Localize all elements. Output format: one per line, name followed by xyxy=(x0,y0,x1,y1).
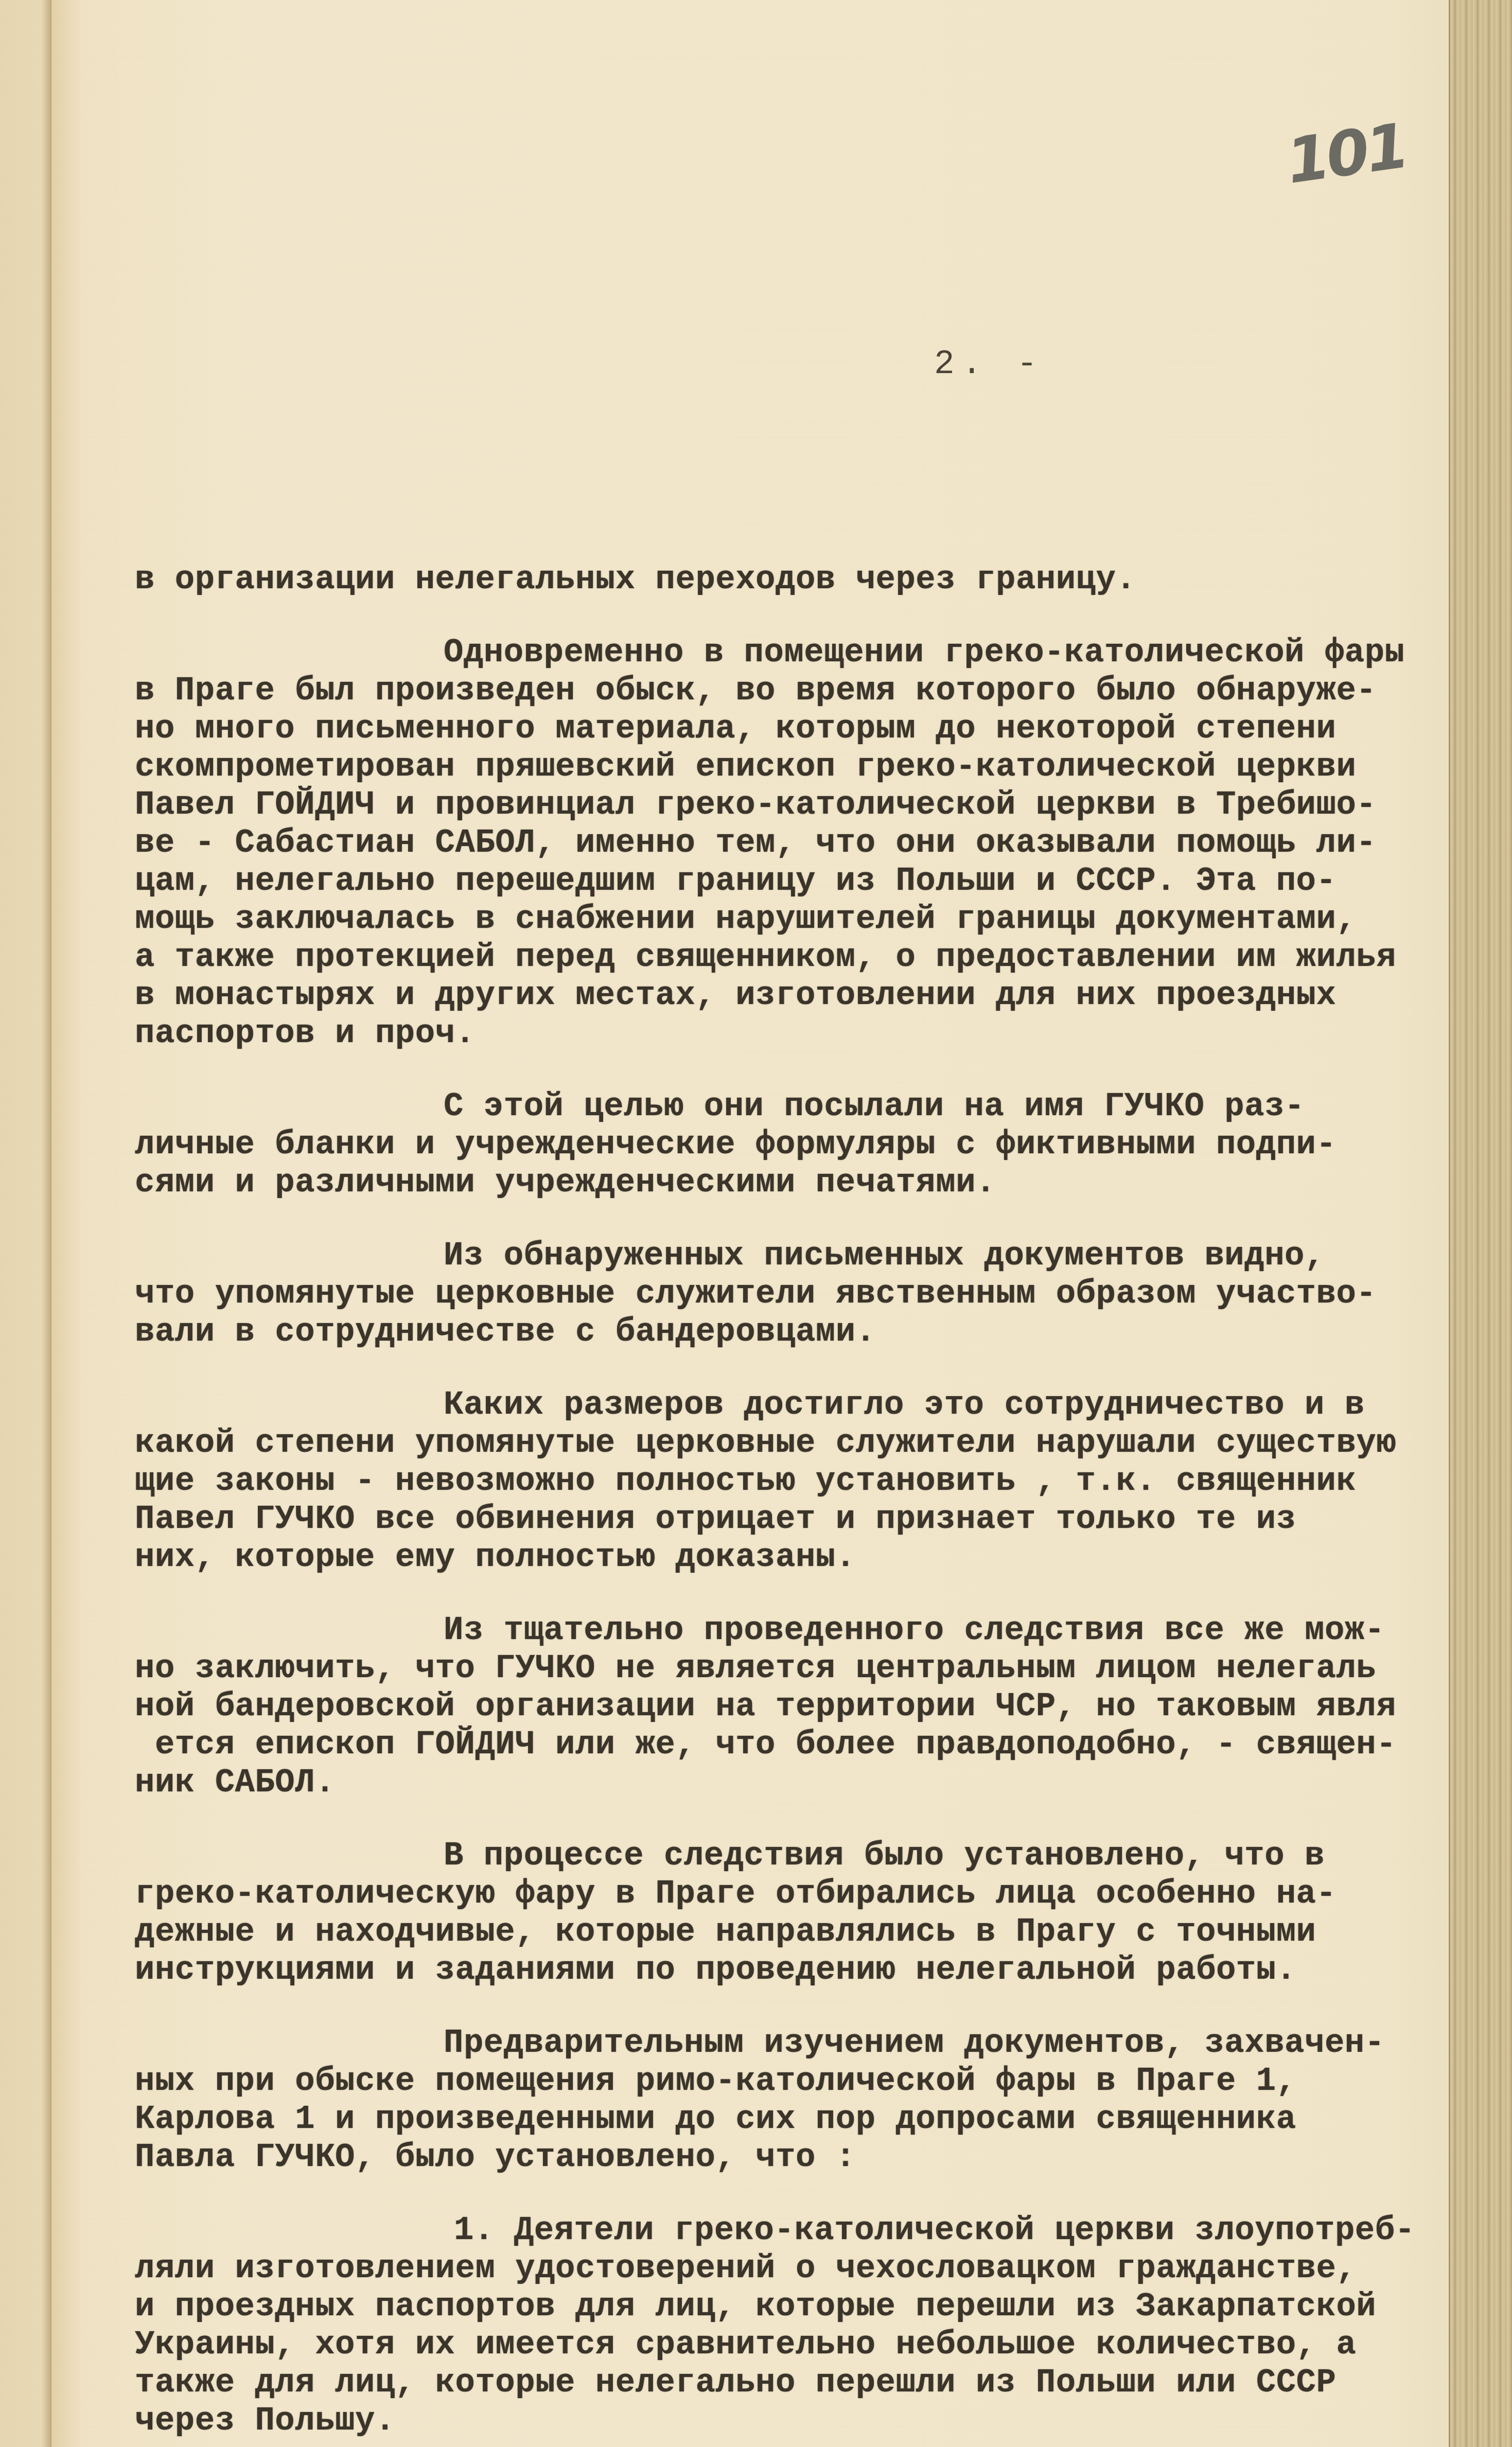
text-line: ной бандеровской организации на территор… xyxy=(135,1688,1468,1726)
text-line: в организации нелегальных переходов чере… xyxy=(135,561,1468,599)
text-line: а также протекцией перед священником, о … xyxy=(135,939,1468,977)
paragraph-gap xyxy=(135,1053,1468,1088)
text-line: ется епископ ГОЙДИЧ или же, что более пр… xyxy=(135,1726,1468,1764)
paragraph-gap xyxy=(135,1202,1468,1237)
text-line: ных при обыске помещения римо-католическ… xyxy=(135,2063,1468,2101)
text-line: цам, нелегально перешедшим границу из По… xyxy=(135,862,1468,901)
text-line: но заключить, что ГУЧКО не является цент… xyxy=(135,1650,1468,1688)
text-line: мощь заключалась в снабжении нарушителей… xyxy=(135,901,1468,939)
text-line: вали в сотрудничестве с бандеровцами. xyxy=(135,1313,1468,1351)
paragraph-gap xyxy=(135,2177,1468,2212)
text-line: в Праге был произведен обыск, во время к… xyxy=(135,672,1468,710)
paragraph-gap xyxy=(135,1990,1468,2025)
paragraph-selection: В процессе следствия было установлено, ч… xyxy=(135,1837,1468,1990)
text-line: Карлова 1 и произведенными до сих пор до… xyxy=(135,2101,1468,2139)
text-line: ляли изготовлением удостоверений о чехос… xyxy=(135,2250,1468,2288)
text-line: инструкциями и заданиями по проведению н… xyxy=(135,1951,1468,1990)
page-number: 2. - xyxy=(934,345,1044,383)
text-line: В процессе следствия было установлено, ч… xyxy=(135,1837,1468,1875)
text-line: Павел ГОЙДИЧ и провинциал греко-католиче… xyxy=(135,786,1468,824)
text-line: что упомянутые церковные служители явств… xyxy=(135,1275,1468,1313)
text-line: через Польшу. xyxy=(135,2402,1468,2440)
paragraph-gap xyxy=(135,599,1468,634)
text-line: них, которые ему полностью доказаны. xyxy=(135,1539,1468,1577)
text-line: Каких размеров достигло это сотрудничест… xyxy=(135,1386,1468,1424)
text-line: греко-католическую фару в Праге отбирали… xyxy=(135,1875,1468,1913)
text-line: 1. Деятели греко-католической церкви зло… xyxy=(135,2212,1468,2250)
paragraph-investigation: Из тщательно проведенного следствия все … xyxy=(135,1612,1468,1802)
text-line: ве - Сабастиан САБОЛ, именно тем, что он… xyxy=(135,824,1468,862)
text-line: сями и различными учрежденческими печатя… xyxy=(135,1164,1468,1202)
paragraph-gap xyxy=(135,1351,1468,1386)
numbered-item-1: 1. Деятели греко-католической церкви зло… xyxy=(135,2212,1468,2440)
text-line: С этой целью они посылали на имя ГУЧКО р… xyxy=(135,1088,1468,1126)
text-line: какой степени упомянутые церковные служи… xyxy=(135,1424,1468,1463)
text-line: скомпрометирован пряшевский епископ грек… xyxy=(135,748,1468,786)
binding-strip xyxy=(0,0,51,2447)
text-line: Из обнаруженных письменных документов ви… xyxy=(135,1237,1468,1275)
paragraph-documents: Из обнаруженных письменных документов ви… xyxy=(135,1237,1468,1351)
text-line: паспортов и проч. xyxy=(135,1015,1468,1053)
text-line: Одновременно в помещении греко-католичес… xyxy=(135,634,1468,672)
text-line: Павел ГУЧКО все обвинения отрицает и при… xyxy=(135,1501,1468,1539)
paragraph-preliminary: Предварительным изучением документов, за… xyxy=(135,2025,1468,2177)
text-line: Украины, хотя их имеется сравнительно не… xyxy=(135,2326,1468,2364)
paragraph-gap xyxy=(135,1577,1468,1612)
text-line: личные бланки и учрежденческие формуляры… xyxy=(135,1126,1468,1164)
text-line: дежные и находчивые, которые направлялис… xyxy=(135,1913,1468,1951)
text-line: Из тщательно проведенного следствия все … xyxy=(135,1612,1468,1650)
paragraph-continuation: в организации нелегальных переходов чере… xyxy=(135,561,1468,599)
document-body: в организации нелегальных переходов чере… xyxy=(135,561,1468,2440)
paragraph-blanks: С этой целью они посылали на имя ГУЧКО р… xyxy=(135,1088,1468,1202)
text-line: ник САБОЛ. xyxy=(135,1764,1468,1802)
text-line: Предварительным изучением документов, за… xyxy=(135,2025,1468,2063)
paragraph-extent: Каких размеров достигло это сотрудничест… xyxy=(135,1386,1468,1577)
text-line: Павла ГУЧКО, было установлено, что : xyxy=(135,2139,1468,2177)
text-line: и проездных паспортов для лиц, которые п… xyxy=(135,2288,1468,2326)
paragraph-gap xyxy=(135,1802,1468,1837)
paragraph-search-prague: Одновременно в помещении греко-католичес… xyxy=(135,634,1468,1053)
text-line: щие законы - невозможно полностью устано… xyxy=(135,1463,1468,1501)
text-line: в монастырях и других местах, изготовлен… xyxy=(135,977,1468,1015)
text-line: также для лиц, которые нелегально перешл… xyxy=(135,2364,1468,2402)
text-line: но много письменного материала, которым … xyxy=(135,710,1468,748)
